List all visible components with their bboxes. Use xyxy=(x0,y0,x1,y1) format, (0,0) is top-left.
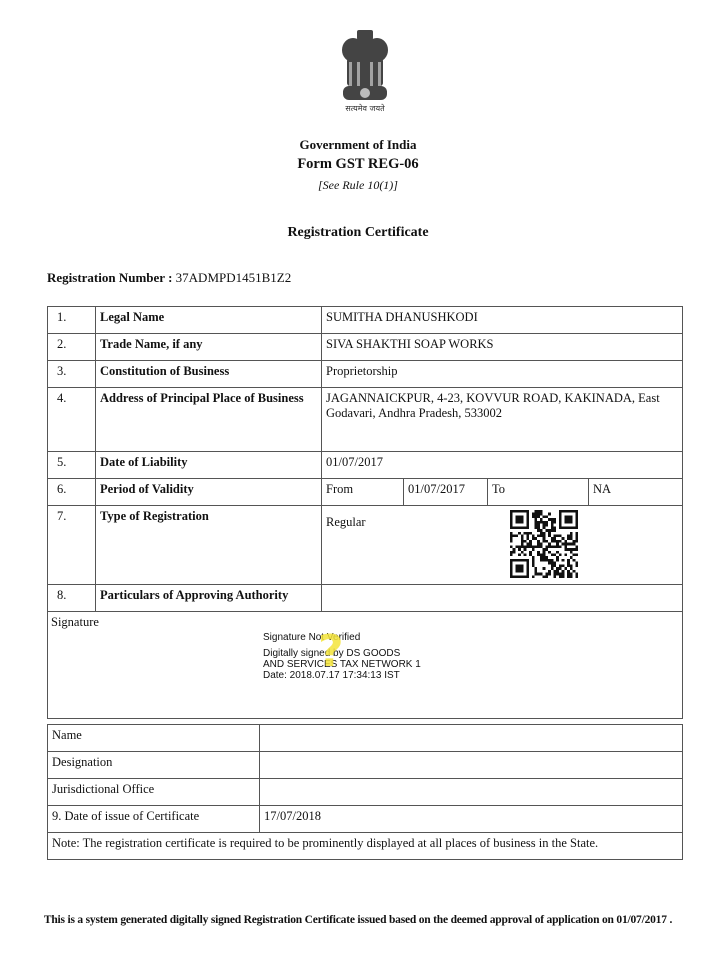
row-label: Trade Name, if any xyxy=(96,334,322,361)
row-number: 3. xyxy=(48,361,96,388)
row-number: 5. xyxy=(48,452,96,479)
question-mark-icon: ? xyxy=(318,630,344,674)
note-text: Note: The registration certificate is re… xyxy=(48,833,683,860)
registration-number-value: 37ADMPD1451B1Z2 xyxy=(176,270,292,285)
row-label: Legal Name xyxy=(96,307,322,334)
date-of-issue-label: 9. Date of issue of Certificate xyxy=(48,806,260,833)
registration-number: Registration Number : 37ADMPD1451B1Z2 xyxy=(47,270,291,286)
validity-to-label: To xyxy=(488,479,589,505)
row-number: 7. xyxy=(48,506,96,585)
signature-label: Signature xyxy=(51,615,99,629)
row-label: Constitution of Business xyxy=(96,361,322,388)
table-row-type-of-registration: 7. Type of Registration Regular xyxy=(48,506,683,585)
authority-name-value xyxy=(260,725,683,752)
qr-code-icon xyxy=(510,510,578,578)
table-row-jurisdictional-office: Jurisdictional Office xyxy=(48,779,683,806)
trade-name-value: SIVA SHAKTHI SOAP WORKS xyxy=(322,334,683,361)
row-label: Period of Validity xyxy=(96,479,322,506)
row-number: 1. xyxy=(48,307,96,334)
form-title: Form GST REG-06 xyxy=(0,156,716,173)
row-number: 8. xyxy=(48,585,96,612)
table-row-period-of-validity: 6. Period of Validity From 01/07/2017 To… xyxy=(48,479,683,506)
approving-authority-value xyxy=(322,585,683,612)
authority-table: Name Designation Jurisdictional Office 9… xyxy=(47,724,683,860)
row-label: Type of Registration xyxy=(96,506,322,585)
authority-name-label: Name xyxy=(48,725,260,752)
row-number: 4. xyxy=(48,388,96,452)
validity-cell: From 01/07/2017 To NA xyxy=(322,479,683,506)
table-row-date-of-liability: 5. Date of Liability 01/07/2017 xyxy=(48,452,683,479)
table-row-trade-name: 2. Trade Name, if any SIVA SHAKTHI SOAP … xyxy=(48,334,683,361)
row-number: 6. xyxy=(48,479,96,506)
jurisdictional-office-label: Jurisdictional Office xyxy=(48,779,260,806)
validity-to-value: NA xyxy=(589,479,683,505)
registration-number-label: Registration Number : xyxy=(47,270,172,285)
constitution-value: Proprietorship xyxy=(322,361,683,388)
rule-reference: [See Rule 10(1)] xyxy=(0,178,716,193)
certificate-title: Registration Certificate xyxy=(0,225,716,241)
date-of-issue-value: 17/07/2018 xyxy=(260,806,683,833)
jurisdictional-office-value xyxy=(260,779,683,806)
date-of-liability-value: 01/07/2017 xyxy=(322,452,683,479)
type-of-registration-cell: Regular xyxy=(322,506,683,585)
validity-from-label: From xyxy=(322,479,404,505)
emblem-motto: सत्यमेव जयते xyxy=(330,103,400,114)
validity-from-value: 01/07/2017 xyxy=(404,479,488,505)
table-row-name: Name xyxy=(48,725,683,752)
validity-subtable: From 01/07/2017 To NA xyxy=(322,479,682,505)
table-row-approving-authority: 8. Particulars of Approving Authority xyxy=(48,585,683,612)
type-of-registration-value: Regular xyxy=(326,515,678,530)
row-number: 2. xyxy=(48,334,96,361)
table-row-legal-name: 1. Legal Name SUMITHA DHANUSHKODI xyxy=(48,307,683,334)
table-row-date-of-issue: 9. Date of issue of Certificate 17/07/20… xyxy=(48,806,683,833)
row-label: Date of Liability xyxy=(96,452,322,479)
authority-designation-value xyxy=(260,752,683,779)
government-heading: Government of India xyxy=(0,137,716,153)
row-label: Address of Principal Place of Business xyxy=(96,388,322,452)
row-label: Particulars of Approving Authority xyxy=(96,585,322,612)
table-row-designation: Designation xyxy=(48,752,683,779)
legal-name-value: SUMITHA DHANUSHKODI xyxy=(322,307,683,334)
footer-disclaimer: This is a system generated digitally sig… xyxy=(0,914,716,926)
authority-designation-label: Designation xyxy=(48,752,260,779)
address-value: JAGANNAICKPUR, 4-23, KOVVUR ROAD, KAKINA… xyxy=(322,388,683,452)
table-row-note: Note: The registration certificate is re… xyxy=(48,833,683,860)
table-row-constitution: 3. Constitution of Business Proprietorsh… xyxy=(48,361,683,388)
table-row-address: 4. Address of Principal Place of Busines… xyxy=(48,388,683,452)
national-emblem-icon xyxy=(335,28,395,114)
